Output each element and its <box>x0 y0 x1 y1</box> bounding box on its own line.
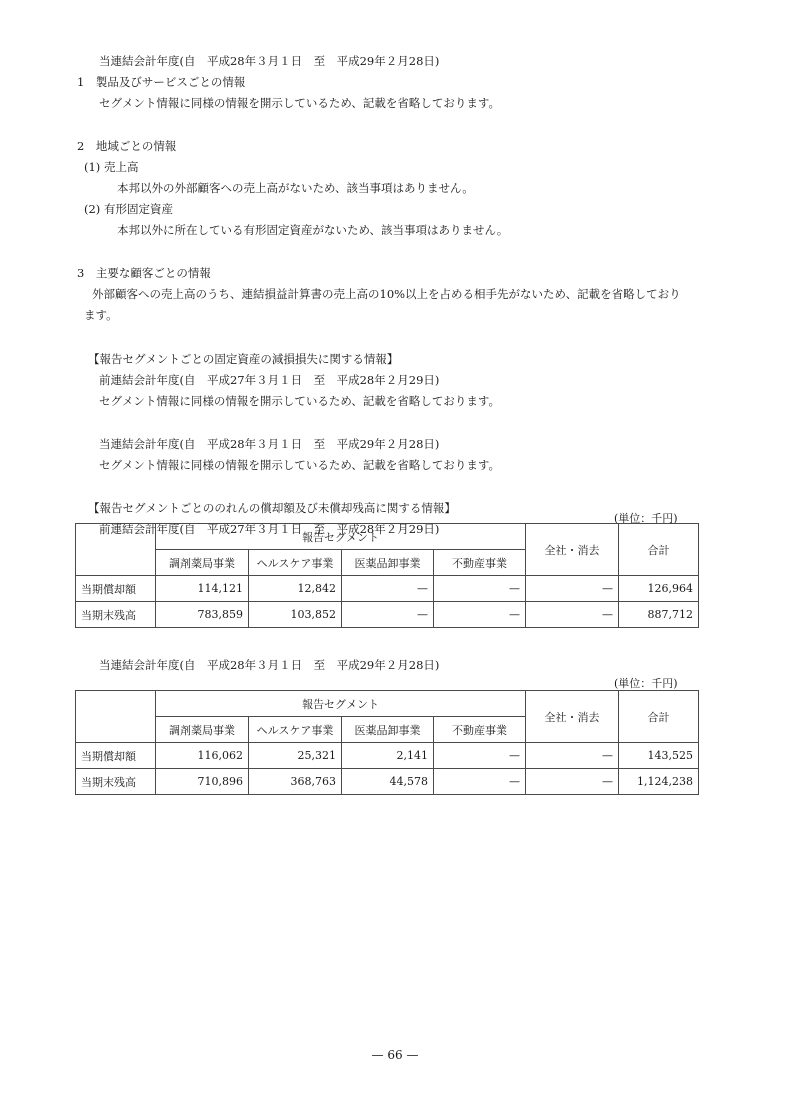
goodwill-heading: 【報告セグメントごとののれんの償却額及び未償却残高に関する情報】 <box>88 500 456 516</box>
cell: 143,525 <box>619 743 699 769</box>
header-blank <box>76 691 156 743</box>
header-total: 合計 <box>619 691 699 743</box>
section-3-heading: 3 主要な顧客ごとの情報 <box>77 265 211 281</box>
header-total: 合計 <box>619 524 699 576</box>
cell: — <box>434 769 526 795</box>
header-col: ヘルスケア事業 <box>249 550 342 576</box>
cell: 103,852 <box>249 602 342 628</box>
header-col: 医薬品卸事業 <box>342 717 434 743</box>
cell: 710,896 <box>156 769 249 795</box>
unit-label: (単位：千円) <box>614 675 678 691</box>
page-number: — 66 — <box>0 1048 790 1062</box>
header-col: 調剤薬局事業 <box>156 550 249 576</box>
section-1-heading: 1 製品及びサービスごとの情報 <box>77 74 245 90</box>
header-col: 調剤薬局事業 <box>156 717 249 743</box>
row-label: 当期末残高 <box>76 602 156 628</box>
header-col: ヘルスケア事業 <box>249 717 342 743</box>
impairment-curr-body: セグメント情報に同様の情報を開示しているため、記載を省略しております。 <box>99 457 500 473</box>
goodwill-table-curr: 報告セグメント 全社・消去 合計 調剤薬局事業 ヘルスケア事業 医薬品卸事業 不… <box>75 690 699 795</box>
period-current: 当連結会計年度(自 平成28年３月１日 至 平成29年２月28日) <box>99 53 439 69</box>
header-corporate: 全社・消去 <box>526 524 619 576</box>
cell: — <box>526 576 619 602</box>
row-label: 当期償却額 <box>76 743 156 769</box>
header-blank <box>76 524 156 576</box>
cell: — <box>526 769 619 795</box>
goodwill-curr-period: 当連結会計年度(自 平成28年３月１日 至 平成29年２月28日) <box>99 657 439 673</box>
cell: — <box>342 576 434 602</box>
section-2-2-body: 本邦以外に所在している有形固定資産がないため、該当事項はありません。 <box>117 222 508 238</box>
section-2-1-heading: (1) 売上高 <box>84 159 138 175</box>
cell: — <box>526 743 619 769</box>
section-2-heading: 2 地域ごとの情報 <box>77 138 176 154</box>
impairment-prev-body: セグメント情報に同様の情報を開示しているため、記載を省略しております。 <box>99 393 500 409</box>
section-2-1-body: 本邦以外の外部顧客への売上高がないため、該当事項はありません。 <box>117 180 474 196</box>
cell: 783,859 <box>156 602 249 628</box>
cell: 2,141 <box>342 743 434 769</box>
cell: 44,578 <box>342 769 434 795</box>
header-col: 不動産事業 <box>434 550 526 576</box>
cell: 12,842 <box>249 576 342 602</box>
cell: 114,121 <box>156 576 249 602</box>
header-corporate: 全社・消去 <box>526 691 619 743</box>
impairment-heading: 【報告セグメントごとの固定資産の減損損失に関する情報】 <box>88 351 398 367</box>
header-reporting-segment: 報告セグメント <box>156 691 526 717</box>
cell: — <box>342 602 434 628</box>
impairment-curr-period: 当連結会計年度(自 平成28年３月１日 至 平成29年２月28日) <box>99 436 439 452</box>
table-row: 当期末残高 783,859 103,852 — — — 887,712 <box>76 602 699 628</box>
section-3-body-line2: ます。 <box>84 307 118 323</box>
cell: — <box>434 743 526 769</box>
cell: — <box>434 602 526 628</box>
header-col: 不動産事業 <box>434 717 526 743</box>
header-reporting-segment: 報告セグメント <box>156 524 526 550</box>
table-row: 当期償却額 116,062 25,321 2,141 — — 143,525 <box>76 743 699 769</box>
cell: 887,712 <box>619 602 699 628</box>
table-row: 当期償却額 114,121 12,842 — — — 126,964 <box>76 576 699 602</box>
cell: 126,964 <box>619 576 699 602</box>
section-2-2-heading: (2) 有形固定資産 <box>84 201 173 217</box>
cell: — <box>526 602 619 628</box>
section-3-body-line1: 外部顧客への売上高のうち、連結損益計算書の売上高の10%以上を占める相手先がない… <box>92 286 681 302</box>
cell: 1,124,238 <box>619 769 699 795</box>
table-row: 当期末残高 710,896 368,763 44,578 — — 1,124,2… <box>76 769 699 795</box>
header-col: 医薬品卸事業 <box>342 550 434 576</box>
cell: 116,062 <box>156 743 249 769</box>
cell: 25,321 <box>249 743 342 769</box>
goodwill-table-prev: 報告セグメント 全社・消去 合計 調剤薬局事業 ヘルスケア事業 医薬品卸事業 不… <box>75 523 699 628</box>
row-label: 当期償却額 <box>76 576 156 602</box>
impairment-prev-period: 前連結会計年度(自 平成27年３月１日 至 平成28年２月29日) <box>99 372 439 388</box>
row-label: 当期末残高 <box>76 769 156 795</box>
cell: — <box>434 576 526 602</box>
section-1-body: セグメント情報に同様の情報を開示しているため、記載を省略しております。 <box>99 95 500 111</box>
cell: 368,763 <box>249 769 342 795</box>
